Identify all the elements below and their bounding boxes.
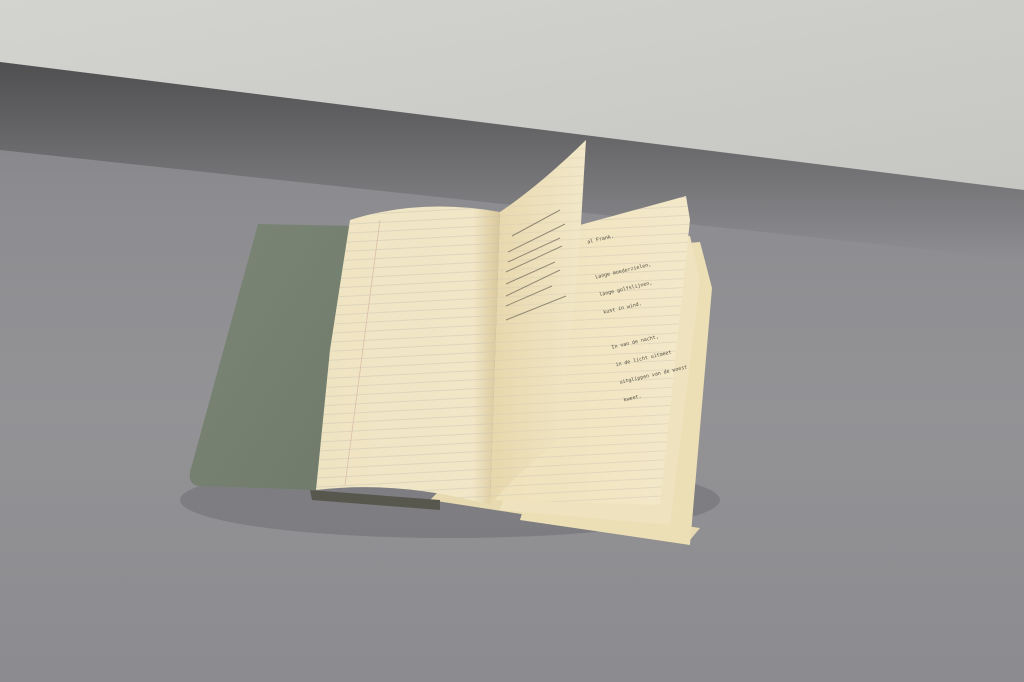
photo-illustration: [0, 0, 1024, 682]
photo-scene: al Frank. Lange moederzielen, lange golf…: [0, 0, 1024, 682]
